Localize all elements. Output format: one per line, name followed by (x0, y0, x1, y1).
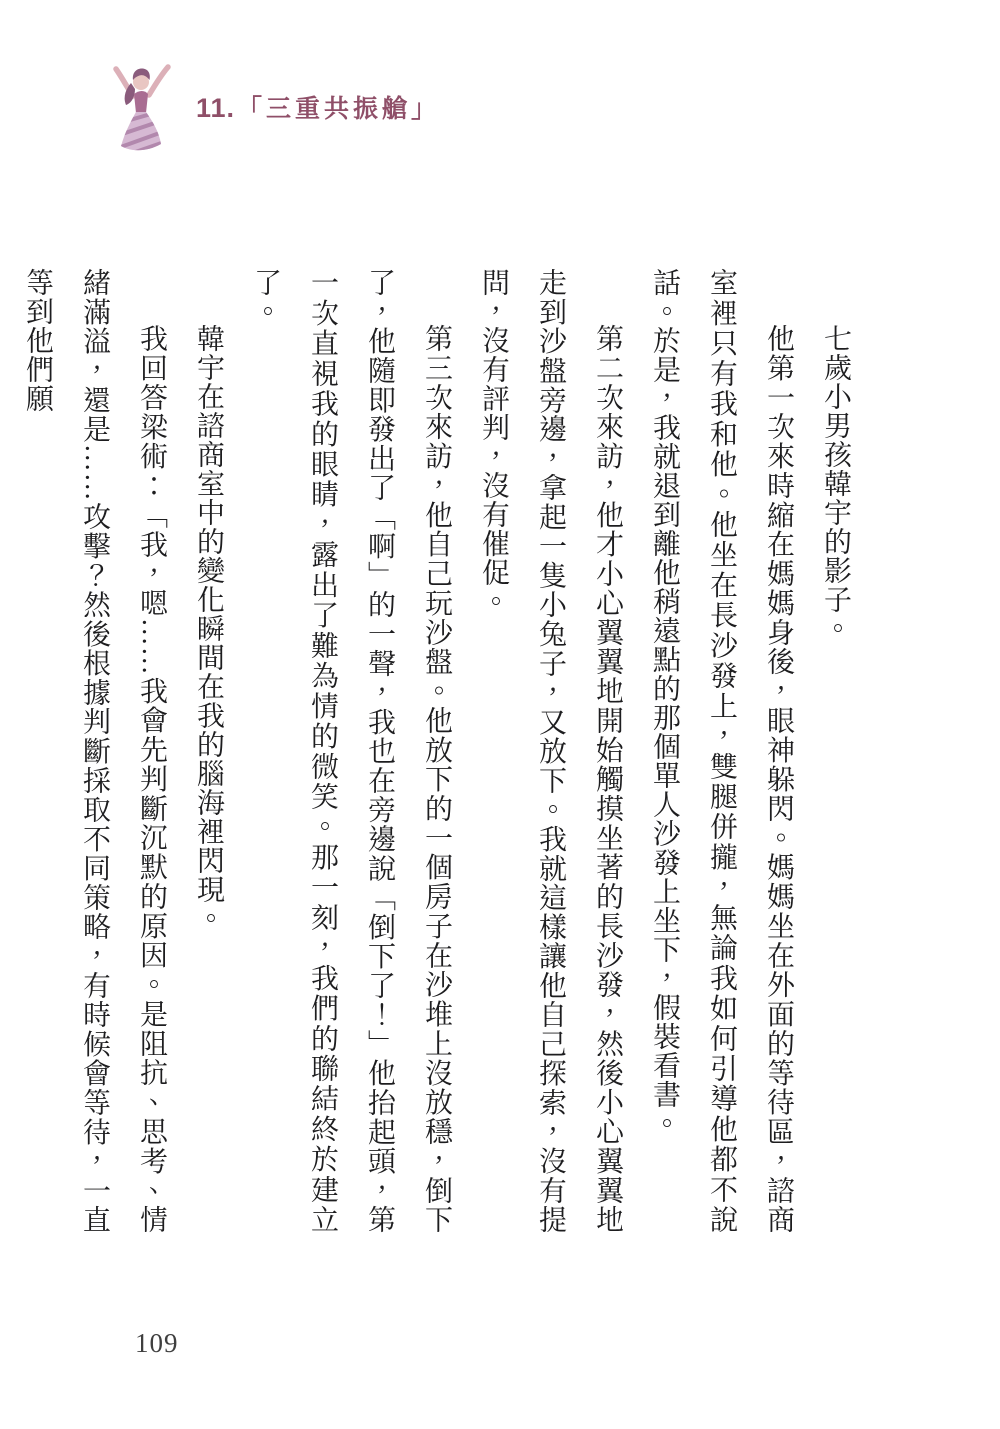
paragraph: 他第一次來時縮在媽媽身後，眼神躲閃。媽媽坐在外面的等待區，諮商室裡只有我和他。他… (636, 268, 807, 1234)
dancing-woman-icon (106, 62, 180, 152)
paragraph: 第二次來訪，他才小心翼翼地開始觸摸坐著的長沙發，然後小心翼翼地走到沙盤旁邊，拿起… (465, 268, 636, 1234)
chapter-title: 11. 「三重共振艙」 (196, 89, 440, 125)
book-page: 11. 「三重共振艙」 七歲小男孩韓宇的影子。 他第一次來時縮在媽媽身後，眼神躲… (0, 0, 1000, 1429)
paragraph: 我回答梁術：「我，嗯……我會先判斷沉默的原因。是阻抗、思考、情緒滿溢，還是……攻… (9, 268, 180, 1234)
page-body-text: 七歲小男孩韓宇的影子。 他第一次來時縮在媽媽身後，眼神躲閃。媽媽坐在外面的等待區… (9, 268, 864, 1234)
chapter-number: 11. (196, 93, 235, 124)
chapter-title-text: 「三重共振艙」 (237, 89, 440, 125)
paragraph: 第三次來訪，他自己玩沙盤。他放下的一個房子在沙堆上沒放穩，倒下了，他隨即發出了「… (237, 268, 465, 1234)
chapter-header: 11. 「三重共振艙」 (106, 62, 440, 152)
page-number: 109 (135, 1328, 179, 1359)
paragraph: 韓宇在諮商室中的變化瞬間在我的腦海裡閃現。 (180, 268, 237, 1234)
paragraph: 七歲小男孩韓宇的影子。 (807, 268, 864, 1234)
